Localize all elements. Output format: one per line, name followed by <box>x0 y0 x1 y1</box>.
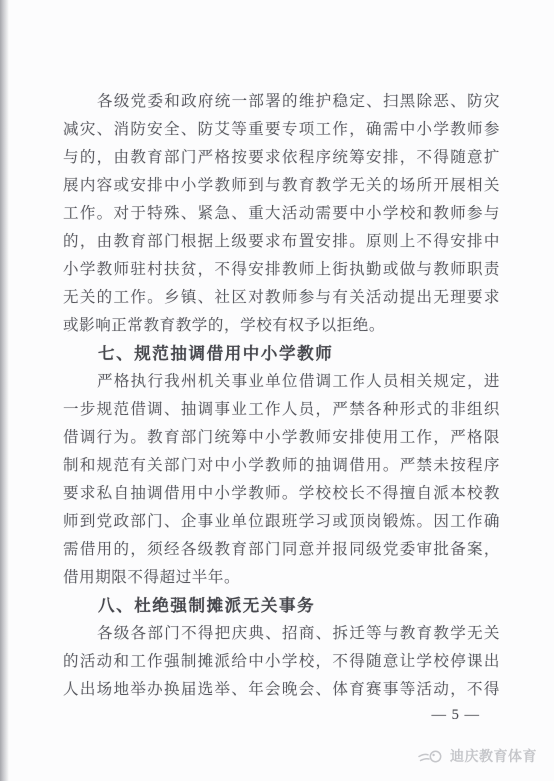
watermark-text: 迪庆教育体育 <box>450 746 537 766</box>
text-line: 的，由教育部门根据上级要求布置安排。原则上不得安排中 <box>63 228 500 256</box>
text-line: 需借用的，须经各级教育部门同意并报同级党委审批备案， <box>63 536 500 564</box>
text-line: 要求私自抽调借用中小学教师。学校校长不得擅自派本校教 <box>63 480 500 508</box>
text-line: 减灾、消防安全、防艾等重要专项工作，确需中小学教师参 <box>63 116 500 144</box>
text-line: 各级各部门不得把庆典、招商、拆迁等与教育教学无关 <box>63 620 500 648</box>
bird-logo-icon <box>418 748 445 765</box>
paragraph-special-duty-work: 各级党委和政府统一部署的维护稳定、扫黑除恶、防灾减灾、消防安全、防艾等重要专项工… <box>63 88 500 340</box>
scan-edge-shadow <box>0 0 9 781</box>
paragraph-teacher-borrowing: 严格执行我州机关事业单位借调工作人员相关规定，进一步规范借调、抽调事业工作人员，… <box>63 368 500 592</box>
text-line: 展内容或安排中小学教师到与教育教学无关的场所开展相关 <box>63 172 500 200</box>
text-line: 严格执行我州机关事业单位借调工作人员相关规定，进 <box>63 368 500 396</box>
text-line: 或影响正常教育教学的，学校有权予以拒绝。 <box>63 312 500 340</box>
text-line: 与的，由教育部门严格按要求依程序统筹安排，不得随意扩 <box>63 144 500 172</box>
section-heading-8: 八、杜绝强制摊派无关事务 <box>63 592 500 620</box>
text-line: 一步规范借调、抽调事业工作人员，严禁各种形式的非组织 <box>63 396 500 424</box>
scanned-document-page: 各级党委和政府统一部署的维护稳定、扫黑除恶、防灾减灾、消防安全、防艾等重要专项工… <box>0 0 554 781</box>
page-number: — 5 — <box>432 707 481 724</box>
text-line: 师到党政部门、企事业单位跟班学习或顶岗锻炼。因工作确 <box>63 508 500 536</box>
paragraph-apportioned-tasks: 各级各部门不得把庆典、招商、拆迁等与教育教学无关的活动和工作强制摊派给中小学校，… <box>63 620 500 704</box>
text-line: 小学教师驻村扶贫，不得安排教师上街执勤或做与教师职责 <box>63 256 500 284</box>
text-line: 的活动和工作强制摊派给中小学校，不得随意让学校停课出 <box>63 648 500 676</box>
text-line: 借调行为。教育部门统筹中小学教师安排使用工作，严格限 <box>63 424 500 452</box>
text-line: 人出场地举办换届选举、年会晚会、体育赛事等活动，不得 <box>63 676 500 704</box>
text-line: 工作。对于特殊、紧急、重大活动需要中小学校和教师参与 <box>63 200 500 228</box>
watermark: 迪庆教育体育 <box>418 746 537 766</box>
text-line: 各级党委和政府统一部署的维护稳定、扫黑除恶、防灾 <box>63 88 500 116</box>
text-line: 借用期限不得超过半年。 <box>63 564 500 592</box>
section-heading-7: 七、规范抽调借用中小学教师 <box>63 340 500 368</box>
text-line: 无关的工作。乡镇、社区对教师参与有关活动提出无理要求 <box>63 284 500 312</box>
text-line: 制和规范有关部门对中小学教师的抽调借用。严禁未按程序 <box>63 452 500 480</box>
document-body: 各级党委和政府统一部署的维护稳定、扫黑除恶、防灾减灾、消防安全、防艾等重要专项工… <box>63 88 500 704</box>
